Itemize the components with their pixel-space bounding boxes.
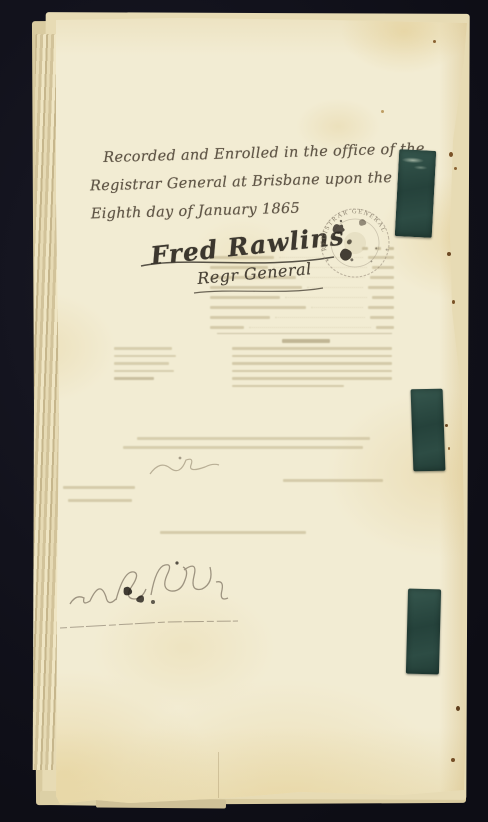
foxing-speck (454, 167, 457, 170)
green-tape-top (395, 149, 437, 238)
bleedthrough-small-signature (146, 450, 226, 482)
foxing-speck (447, 252, 451, 256)
foxing-speck (449, 152, 453, 157)
bleedthrough-side-note (114, 347, 178, 385)
paper-crease (218, 752, 219, 798)
photo-backdrop: Recorded and Enrolled in the office of t… (0, 0, 488, 822)
green-tape-middle (411, 389, 446, 472)
bleedthrough-text-line (160, 531, 306, 534)
registrar-general-stamp: REGISTRAR GENERAL (305, 193, 405, 293)
bleedthrough-rule (217, 333, 392, 334)
bleedthrough-signature (56, 548, 246, 638)
foxing-speck (433, 40, 436, 43)
signature-title-underline (192, 285, 326, 297)
foxing-speck (456, 706, 460, 711)
foxing-speck (445, 424, 448, 427)
foxing-speck (452, 300, 455, 304)
document-page (30, 16, 470, 806)
foxing-speck (451, 758, 455, 762)
foxing-speck (448, 447, 450, 450)
bleedthrough-text-line (63, 486, 135, 489)
foxing-speck (381, 110, 384, 113)
bleedthrough-paragraph (232, 347, 392, 392)
bleedthrough-heading (282, 339, 330, 343)
green-tape-bottom (406, 589, 441, 675)
bleedthrough-text-line (68, 499, 132, 502)
bleedthrough-text-line (283, 479, 383, 482)
